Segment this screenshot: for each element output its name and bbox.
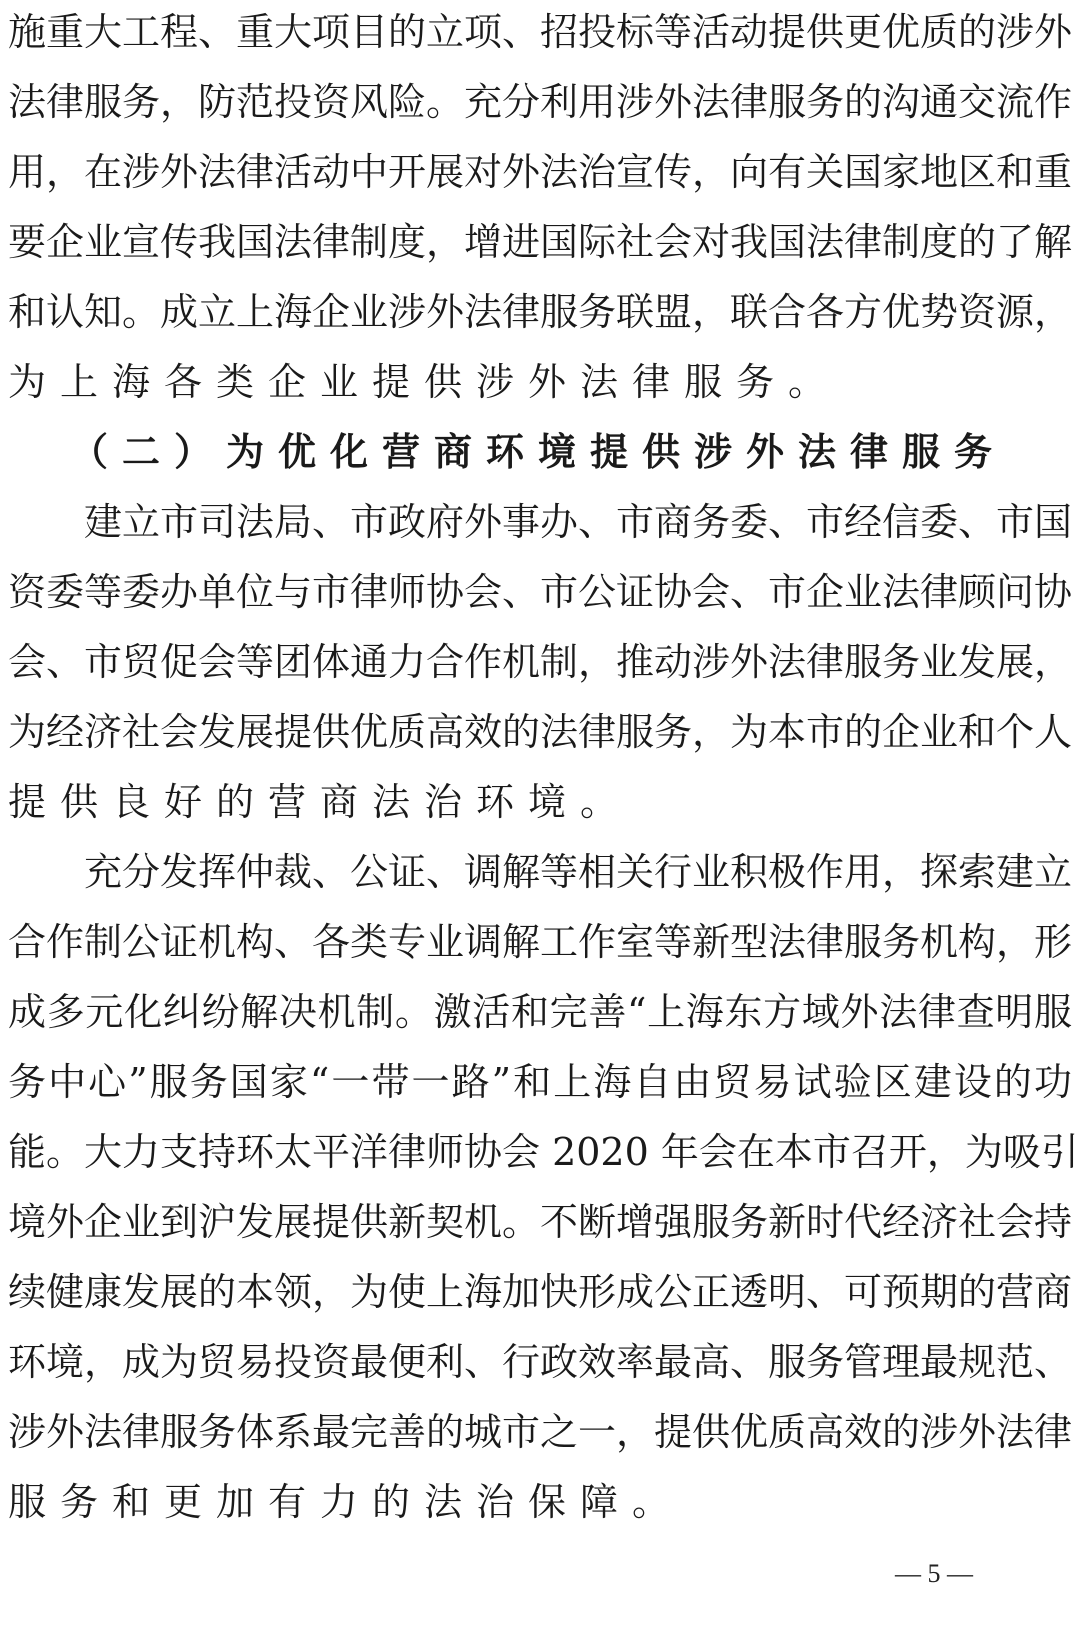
body-line: 要企业宣传我国法律制度，增进国际社会对我国法律制度的了解 — [8, 218, 1072, 266]
body-line: 用，在涉外法律活动中开展对外法治宣传，向有关国家地区和重 — [8, 148, 1072, 196]
section-heading: （二）为优化营商环境提供涉外法律服务 — [70, 428, 1070, 476]
body-line: 服务和更加有力的法治保障。 — [8, 1478, 1072, 1526]
body-line: 法律服务，防范投资风险。充分利用涉外法律服务的沟通交流作 — [8, 78, 1072, 126]
document-page: 施重大工程、重大项目的立项、招投标等活动提供更优质的涉外 法律服务，防范投资风险… — [0, 0, 1080, 1626]
body-line: 和认知。成立上海企业涉外法律服务联盟，联合各方优势资源， — [8, 288, 1072, 336]
page-number: — 5 — — [895, 1558, 973, 1590]
body-line: 环境，成为贸易投资最便利、行政效率最高、服务管理最规范、 — [8, 1338, 1072, 1386]
body-line: 为经济社会发展提供优质高效的法律服务，为本市的企业和个人 — [8, 708, 1072, 756]
body-line: 务中心”服务国家“一带一路”和上海自由贸易试验区建设的功 — [8, 1058, 1072, 1106]
body-line: 提供良好的营商法治环境。 — [8, 778, 1072, 826]
body-line: 充分发挥仲裁、公证、调解等相关行业积极作用，探索建立 — [84, 848, 1072, 896]
body-line: 为上海各类企业提供涉外法律服务。 — [8, 358, 1072, 406]
body-line: 境外企业到沪发展提供新契机。不断增强服务新时代经济社会持 — [8, 1198, 1072, 1246]
body-line: 成多元化纠纷解决机制。激活和完善“上海东方域外法律查明服 — [8, 988, 1072, 1036]
body-line: 续健康发展的本领，为使上海加快形成公正透明、可预期的营商 — [8, 1268, 1072, 1316]
body-line: 能。大力支持环太平洋律师协会 2020 年会在本市召开，为吸引 — [8, 1128, 1072, 1176]
body-line: 合作制公证机构、各类专业调解工作室等新型法律服务机构，形 — [8, 918, 1072, 966]
body-line: 建立市司法局、市政府外事办、市商务委、市经信委、市国 — [84, 498, 1072, 546]
body-line: 会、市贸促会等团体通力合作机制，推动涉外法律服务业发展， — [8, 638, 1072, 686]
body-line: 涉外法律服务体系最完善的城市之一，提供优质高效的涉外法律 — [8, 1408, 1072, 1456]
body-line: 施重大工程、重大项目的立项、招投标等活动提供更优质的涉外 — [8, 8, 1072, 56]
body-line: 资委等委办单位与市律师协会、市公证协会、市企业法律顾问协 — [8, 568, 1072, 616]
